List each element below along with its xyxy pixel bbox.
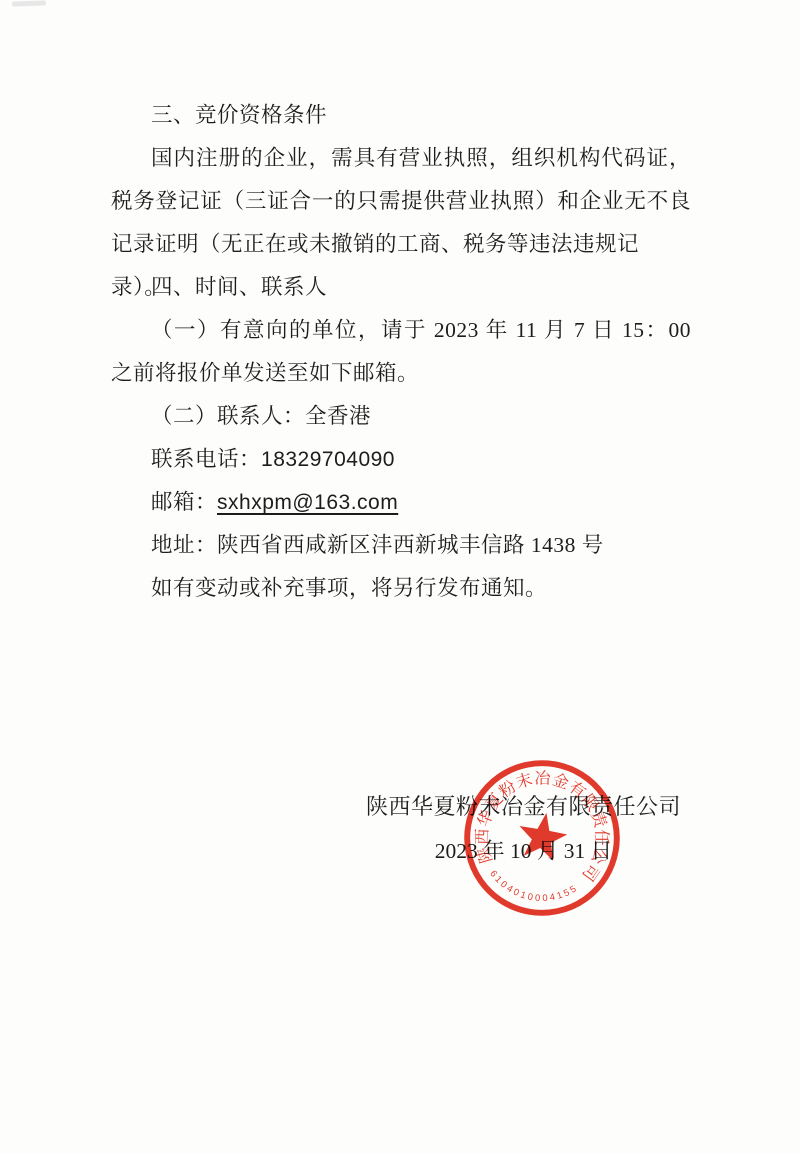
document-body: 三、竞价资格条件 国内注册的企业，需具有营业执照，组织机构代码证， 税务登记证（… (111, 94, 691, 610)
email-link[interactable]: sxhxpm@163.com (217, 491, 398, 514)
email-line: 邮箱：sxhxpm@163.com (111, 481, 691, 524)
phone-label: 联系电话： (151, 447, 261, 471)
deadline-line-2: 之前将报价单发送至如下邮箱。 (111, 352, 691, 395)
company-seal: 陕西华夏粉末冶金有限责任公司 6104010004155 (444, 740, 641, 937)
address-line: 地址：陕西省西咸新区沣西新城丰信路 1438 号 (111, 524, 691, 567)
seal-star-icon (515, 809, 571, 863)
document-page: 三、竞价资格条件 国内注册的企业，需具有营业执照，组织机构代码证， 税务登记证（… (0, 0, 800, 1154)
eligibility-line-2: 税务登记证（三证合一的只需提供营业执照）和企业无不良 (111, 180, 691, 223)
phone-line: 联系电话：18329704090 (111, 438, 691, 481)
email-label: 邮箱： (151, 490, 217, 514)
phone-number: 18329704090 (261, 448, 395, 471)
seal-serial-number: 6104010004155 (485, 867, 582, 910)
scan-artifact (12, 0, 46, 6)
contact-person-line: （二）联系人：全香港 (111, 395, 691, 438)
svg-text:6104010004155: 6104010004155 (485, 867, 582, 910)
section-3-heading: 三、竞价资格条件 (111, 94, 691, 137)
eligibility-line-3: 记录证明（无正在或未撤销的工商、税务等违法违规记录）。 (111, 223, 691, 266)
eligibility-line-1: 国内注册的企业，需具有营业执照，组织机构代码证， (111, 137, 691, 180)
section-4-heading: 四、时间、联系人 (111, 266, 691, 309)
notice-line: 如有变动或补充事项，将另行发布通知。 (111, 567, 691, 610)
deadline-line-1: （一）有意向的单位，请于 2023 年 11 月 7 日 15：00 (111, 309, 691, 352)
